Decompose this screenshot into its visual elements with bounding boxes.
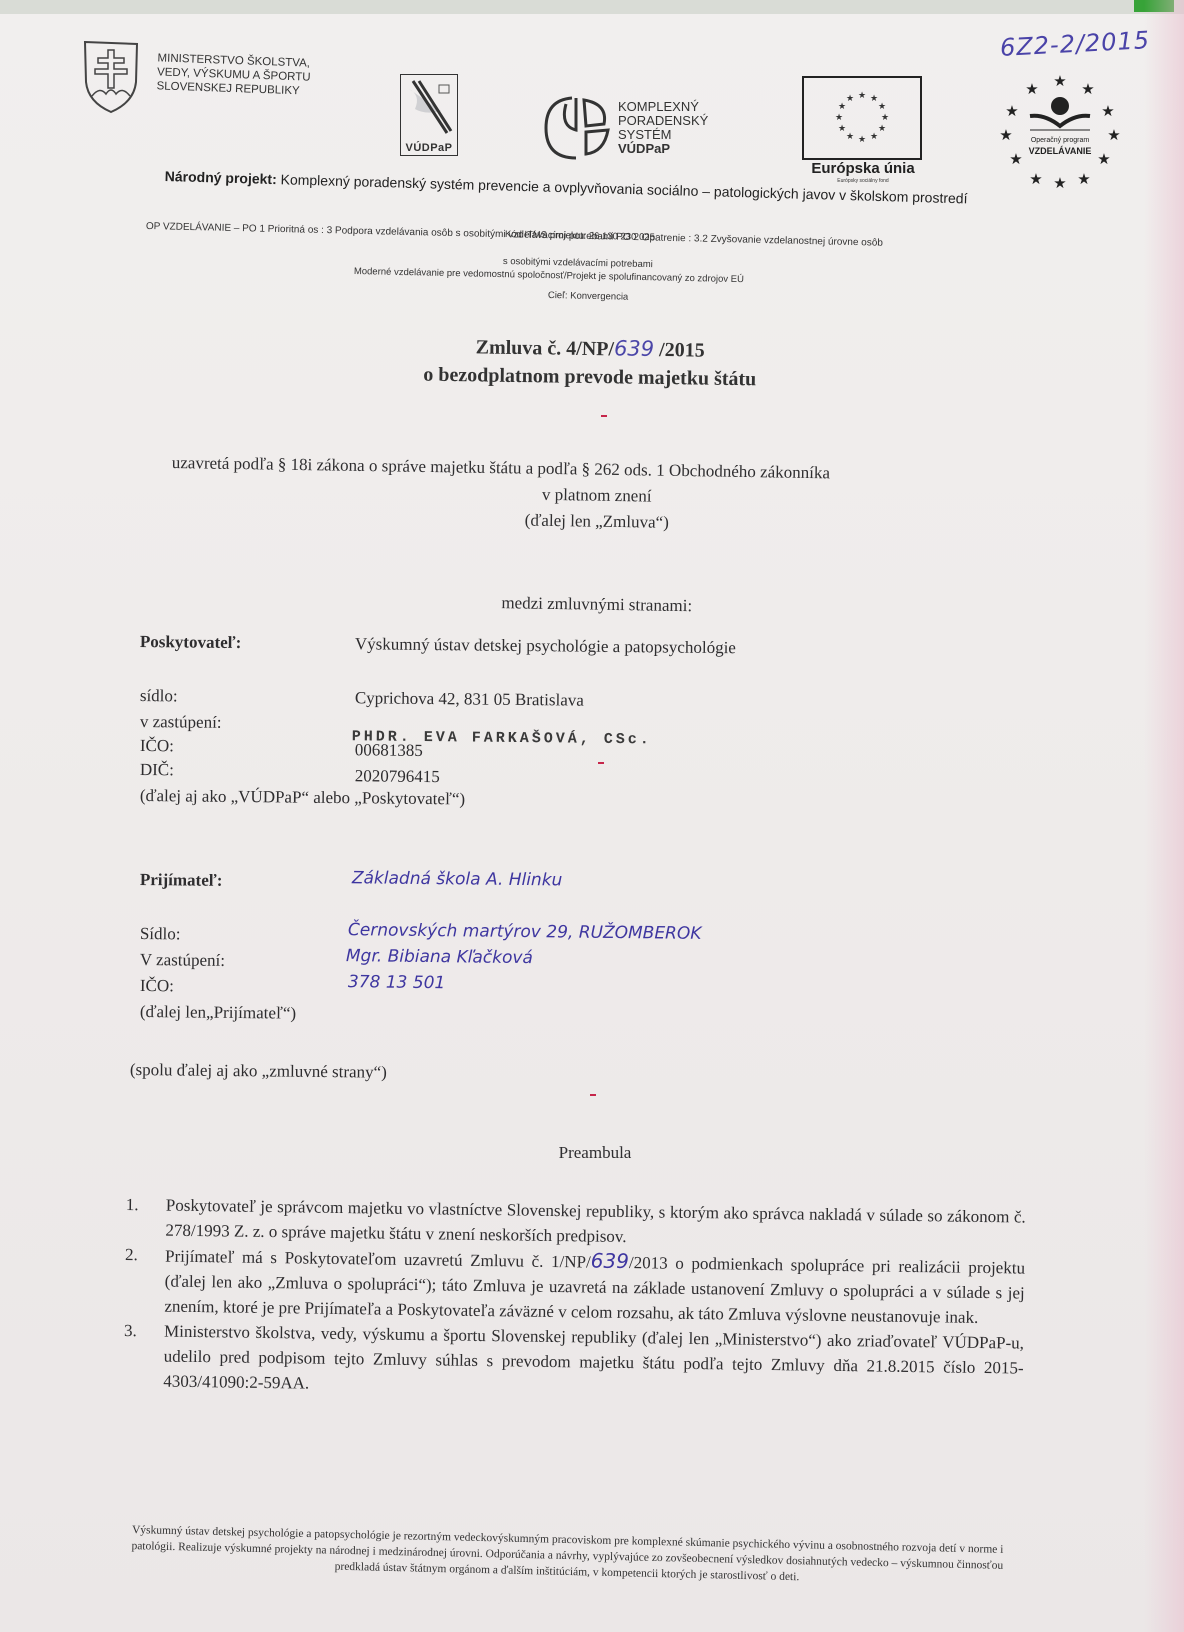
svg-text:★: ★	[1009, 150, 1022, 168]
goal-line: Cieľ: Konvergencia	[548, 290, 629, 303]
recipient-ico: 378 13 501	[348, 972, 446, 993]
svg-text:★: ★	[1029, 170, 1042, 188]
svg-text:★: ★	[1053, 174, 1066, 190]
vudpap-emblem-icon	[401, 75, 457, 139]
project-label: Národný projekt:	[165, 168, 277, 187]
provider-name: Výskumný ústav detskej psychológie a pat…	[355, 634, 736, 658]
op-stars-book-icon: ★★★ ★★ ★★ ★★ ★★★ Operačný program VZDELÁ…	[1000, 72, 1120, 190]
op-vzdelavanie-logo: ★★★ ★★ ★★ ★★ ★★★ Operačný program VZDELÁ…	[1000, 72, 1120, 190]
preamble-list: 1. Poskytovateľ je správcom majetku vo v…	[121, 1192, 1026, 1406]
contract-title: Zmluva č. 4/NP/639 /2015 o bezodplatnom …	[380, 331, 801, 394]
svg-text:★: ★	[1005, 102, 1018, 120]
eu-sub-label: Európsky sociálny fond	[800, 178, 926, 184]
parties-alias: (spolu ďalej aj ako „zmluvné strany“)	[130, 1060, 387, 1083]
svg-text:★: ★	[846, 94, 854, 104]
svg-text:★: ★	[878, 124, 886, 134]
svg-text:★: ★	[1077, 170, 1090, 188]
kps-logo-icon	[542, 94, 614, 162]
ministry-name: MINISTERSTVO ŠKOLSTVA, VEDY, VÝSKUMU A Š…	[156, 51, 311, 98]
recipient-name: Základná škola A. Hlinku	[352, 868, 563, 890]
provider-row: Poskytovateľ: Výskumný ústav detskej psy…	[140, 632, 242, 653]
vudpap-logo: VÚDPaP	[400, 74, 458, 156]
red-mark	[598, 762, 604, 764]
svg-text:★: ★	[835, 113, 843, 123]
svg-text:★: ★	[838, 124, 846, 134]
red-mark	[590, 1094, 596, 1096]
recipient-seat-row: Sídlo: Černovských martýrov 29, RUŽOMBER…	[140, 924, 181, 944]
preamble-heading: Preambula	[380, 1142, 810, 1164]
recipient-ico-row: IČO: 378 13 501	[140, 976, 174, 996]
svg-text:★: ★	[1097, 150, 1110, 168]
handwritten-reference: 6Z2-2/2015	[999, 26, 1150, 62]
provider-seat: Cyprichova 42, 831 05 Bratislava	[355, 688, 584, 710]
provider-dic-row: DIČ: 2020796415	[140, 760, 174, 780]
svg-text:★: ★	[878, 102, 886, 112]
svg-text:★: ★	[1081, 80, 1094, 98]
provider-label: Poskytovateľ:	[140, 632, 242, 652]
recipient-alias: (ďalej len„Prijímateľ“)	[140, 1002, 296, 1024]
kps-text: KOMPLEXNÝ PORADENSKÝ SYSTÉM VÚDPaP	[618, 100, 708, 156]
svg-text:Operačný program: Operačný program	[1031, 137, 1090, 144]
preamble-item-3: 3. Ministerstvo školstva, vedy, výskumu …	[121, 1318, 1024, 1406]
footer-note: Výskumný ústav detskej psychológie a pat…	[127, 1522, 1008, 1590]
vudpap-logo-label: VÚDPaP	[401, 142, 457, 154]
handwritten-contract-number: 639	[614, 336, 654, 361]
provider-ico-row: IČO: 00681385	[140, 736, 174, 756]
provider-dic: 2020796415	[355, 766, 440, 787]
eu-label: Európska únia	[800, 160, 926, 177]
contract-subtitle: o bezodplatnom prevode majetku štátu	[380, 360, 800, 394]
recipient-rep: Mgr. Bibiana Kľačková	[346, 946, 533, 968]
svg-text:★: ★	[858, 91, 866, 101]
svg-text:★: ★	[1107, 126, 1120, 144]
svg-text:★: ★	[870, 132, 878, 142]
green-tab	[1134, 0, 1174, 12]
provider-rep-row: v zastúpení: PHDR. EVA FARKAŠOVÁ, CSc.	[140, 712, 222, 733]
top-edge	[0, 0, 1184, 14]
op-line-cont: s osobitými vzdelávacími potrebami	[503, 256, 653, 270]
recipient-seat: Černovských martýrov 29, RUŽOMBEROK	[348, 920, 702, 944]
eu-flag-icon: ★★★★ ★★★★ ★★★★	[802, 76, 922, 160]
provider-ico: 00681385	[355, 740, 423, 761]
document-page: MINISTERSTVO ŠKOLSTVA, VEDY, VÝSKUMU A Š…	[0, 0, 1184, 1632]
red-mark	[601, 415, 607, 417]
op-line: OP VZDELÁVANIE – PO 1 Prioritná os : 3 P…	[146, 221, 1046, 252]
svg-text:★: ★	[858, 135, 866, 145]
between-parties: medzi zmluvnými stranami:	[172, 587, 1022, 622]
svg-text:★: ★	[1000, 126, 1013, 144]
svg-text:VZDELÁVANIE: VZDELÁVANIE	[1029, 146, 1092, 156]
recipient-label: Prijímateľ:	[140, 870, 223, 890]
svg-text:★: ★	[870, 94, 878, 104]
svg-text:★: ★	[1101, 102, 1114, 120]
preamble-item-2: 2. Prijímateľ má s Poskytovateľom uzavre…	[122, 1242, 1025, 1331]
slovak-coat-of-arms-icon	[82, 38, 140, 114]
provider-seat-row: sídlo: Cyprichova 42, 831 05 Bratislava	[140, 686, 178, 706]
recipient-rep-row: V zastúpení: Mgr. Bibiana Kľačková	[140, 950, 225, 971]
svg-text:★: ★	[838, 102, 846, 112]
svg-text:★: ★	[1025, 80, 1038, 98]
handwritten-number: 639	[591, 1249, 630, 1274]
recipient-row: Prijímateľ: Základná škola A. Hlinku	[140, 870, 223, 891]
svg-text:★: ★	[846, 132, 854, 142]
svg-text:★: ★	[881, 113, 889, 123]
modern-education-line: Moderné vzdelávanie pre vedomostnú spolo…	[354, 266, 744, 285]
provider-alias: (ďalej aj ako „VÚDPaP“ alebo „Poskytovat…	[140, 786, 465, 809]
svg-text:★: ★	[1053, 72, 1066, 90]
